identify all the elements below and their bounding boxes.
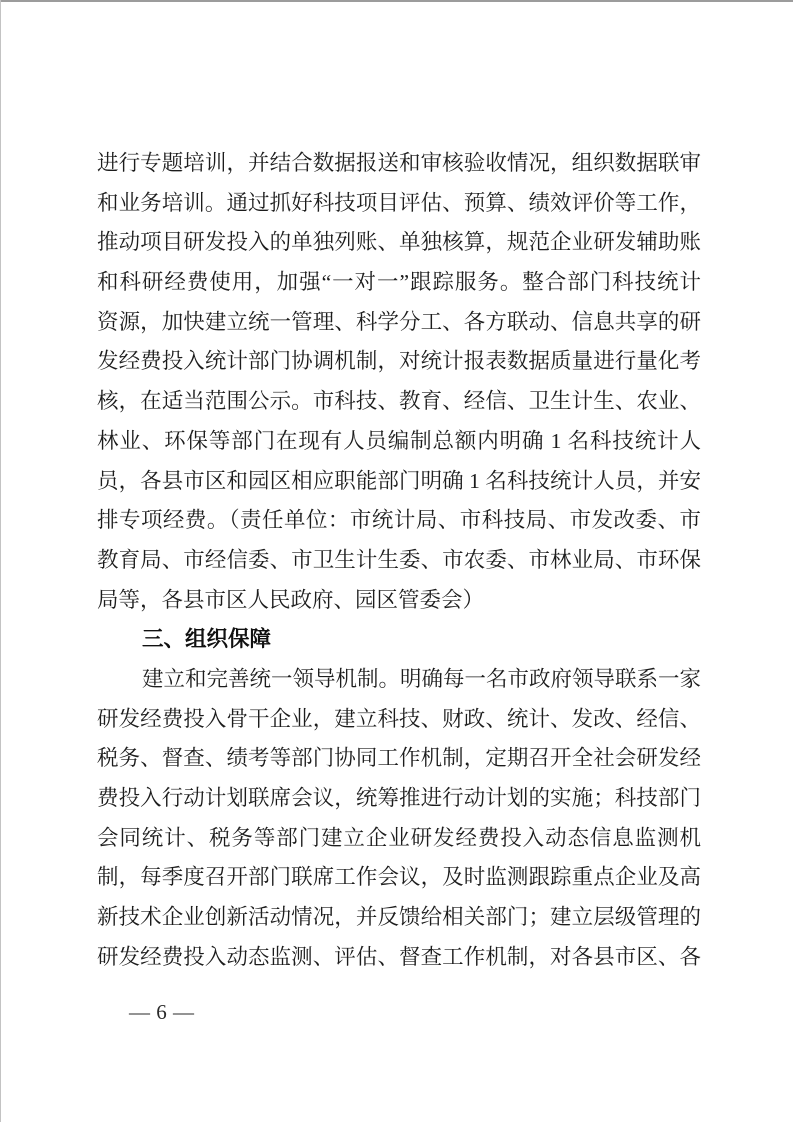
body-text-segment: 林业、环保等部门在现有人员编制总额内明确 1 名科技统计人 <box>97 429 701 453</box>
text-line: 排专项经费。（责任单位：市统计局、市科技局、市发改委、市 <box>97 501 701 541</box>
body-text-segment: 和业务培训。通过抓好科技项目评估、预算、绩效评价等工作， <box>97 191 701 215</box>
text-line: 局等，各县市区人民政府、园区管委会） <box>97 581 701 621</box>
text-line: 核，在适当范围公示。市科技、教育、经信、卫生计生、农业、 <box>97 382 701 422</box>
body-text-segment: 推动项目研发投入的单独列账、单独核算，规范企业研发辅助账 <box>97 230 701 254</box>
body-text-segment: 核，在适当范围公示。市科技、教育、经信、卫生计生、农业、 <box>97 389 701 413</box>
body-text-segment: 制，每季度召开部门联席工作会议，及时监测跟踪重点企业及高 <box>97 865 701 889</box>
document-page: 进行专题培训，并结合数据报送和审核验收情况，组织数据联审和业务培训。通过抓好科技… <box>0 0 793 1122</box>
body-text-segment: 发经费投入统计部门协调机制，对统计报表数据质量进行量化考 <box>97 349 701 373</box>
body-text-segment: 费投入行动计划联席会议，统筹推进行动计划的实施；科技部门 <box>97 786 701 810</box>
document-lines: 进行专题培训，并结合数据报送和审核验收情况，组织数据联审和业务培训。通过抓好科技… <box>97 144 701 977</box>
text-line: 员，各县市区和园区相应职能部门明确 1 名科技统计人员，并安 <box>97 462 701 502</box>
responsibility-clause-segment: （责任单位：市统计局、市科技局、市发改委、市 <box>229 508 701 532</box>
text-line: 和科研经费使用，加强“一对一”跟踪服务。整合部门科技统计 <box>97 263 701 303</box>
body-text-segment: 研发经费投入动态监测、评估、督查工作机制，对各县市区、各 <box>97 945 701 969</box>
body-text-segment: 会同统计、税务等部门建立企业研发经费投入动态信息监测机 <box>97 826 701 850</box>
body-text-segment: 建立和完善统一领导机制。明确每一名市政府领导联系一家 <box>142 667 701 691</box>
text-line: 发经费投入统计部门协调机制，对统计报表数据质量进行量化考 <box>97 342 701 382</box>
text-line: 新技术企业创新活动情况，并反馈给相关部门；建立层级管理的 <box>97 898 701 938</box>
body-text-segment: 研发经费投入骨干企业，建立科技、财政、统计、发改、经信、 <box>97 707 701 731</box>
body-text-segment: 税务、督查、绩考等部门协同工作机制，定期召开全社会研发经 <box>97 746 701 770</box>
body-text-segment: 排专项经费。 <box>97 508 229 532</box>
text-line: 推动项目研发投入的单独列账、单独核算，规范企业研发辅助账 <box>97 223 701 263</box>
text-line: 研发经费投入动态监测、评估、督查工作机制，对各县市区、各 <box>97 938 701 978</box>
section-heading: 三、组织保障 <box>97 620 701 660</box>
text-line: 制，每季度召开部门联席工作会议，及时监测跟踪重点企业及高 <box>97 858 701 898</box>
text-line: 研发经费投入骨干企业，建立科技、财政、统计、发改、经信、 <box>97 700 701 740</box>
text-line: 林业、环保等部门在现有人员编制总额内明确 1 名科技统计人 <box>97 422 701 462</box>
body-text-segment: 三、组织保障 <box>142 627 271 651</box>
text-line: 费投入行动计划联席会议，统筹推进行动计划的实施；科技部门 <box>97 779 701 819</box>
page-top-edge-line <box>0 0 793 2</box>
text-line: 教育局、市经信委、市卫生计生委、市农委、市林业局、市环保 <box>97 541 701 581</box>
page-left-edge-line <box>0 0 1 1122</box>
text-line: 建立和完善统一领导机制。明确每一名市政府领导联系一家 <box>97 660 701 700</box>
body-text-segment: 员，各县市区和园区相应职能部门明确 1 名科技统计人员，并安 <box>97 469 701 493</box>
responsibility-clause-segment: 局等，各县市区人民政府、园区管委会） <box>97 588 484 612</box>
text-line: 和业务培训。通过抓好科技项目评估、预算、绩效评价等工作， <box>97 184 701 224</box>
body-text-segment: 进行专题培训，并结合数据报送和审核验收情况，组织数据联审 <box>97 151 701 175</box>
text-line: 会同统计、税务等部门建立企业研发经费投入动态信息监测机 <box>97 819 701 859</box>
responsibility-clause-segment: 教育局、市经信委、市卫生计生委、市农委、市林业局、市环保 <box>97 548 701 572</box>
body-text-segment: 资源，加快建立统一管理、科学分工、各方联动、信息共享的研 <box>97 310 701 334</box>
body-text-segment: 和科研经费使用，加强“一对一”跟踪服务。整合部门科技统计 <box>97 270 701 294</box>
text-line: 税务、督查、绩考等部门协同工作机制，定期召开全社会研发经 <box>97 739 701 779</box>
text-line: 资源，加快建立统一管理、科学分工、各方联动、信息共享的研 <box>97 303 701 343</box>
page-number: — 6 — <box>129 1001 195 1023</box>
text-line: 进行专题培训，并结合数据报送和审核验收情况，组织数据联审 <box>97 144 701 184</box>
body-text-segment: 新技术企业创新活动情况，并反馈给相关部门；建立层级管理的 <box>97 905 701 929</box>
